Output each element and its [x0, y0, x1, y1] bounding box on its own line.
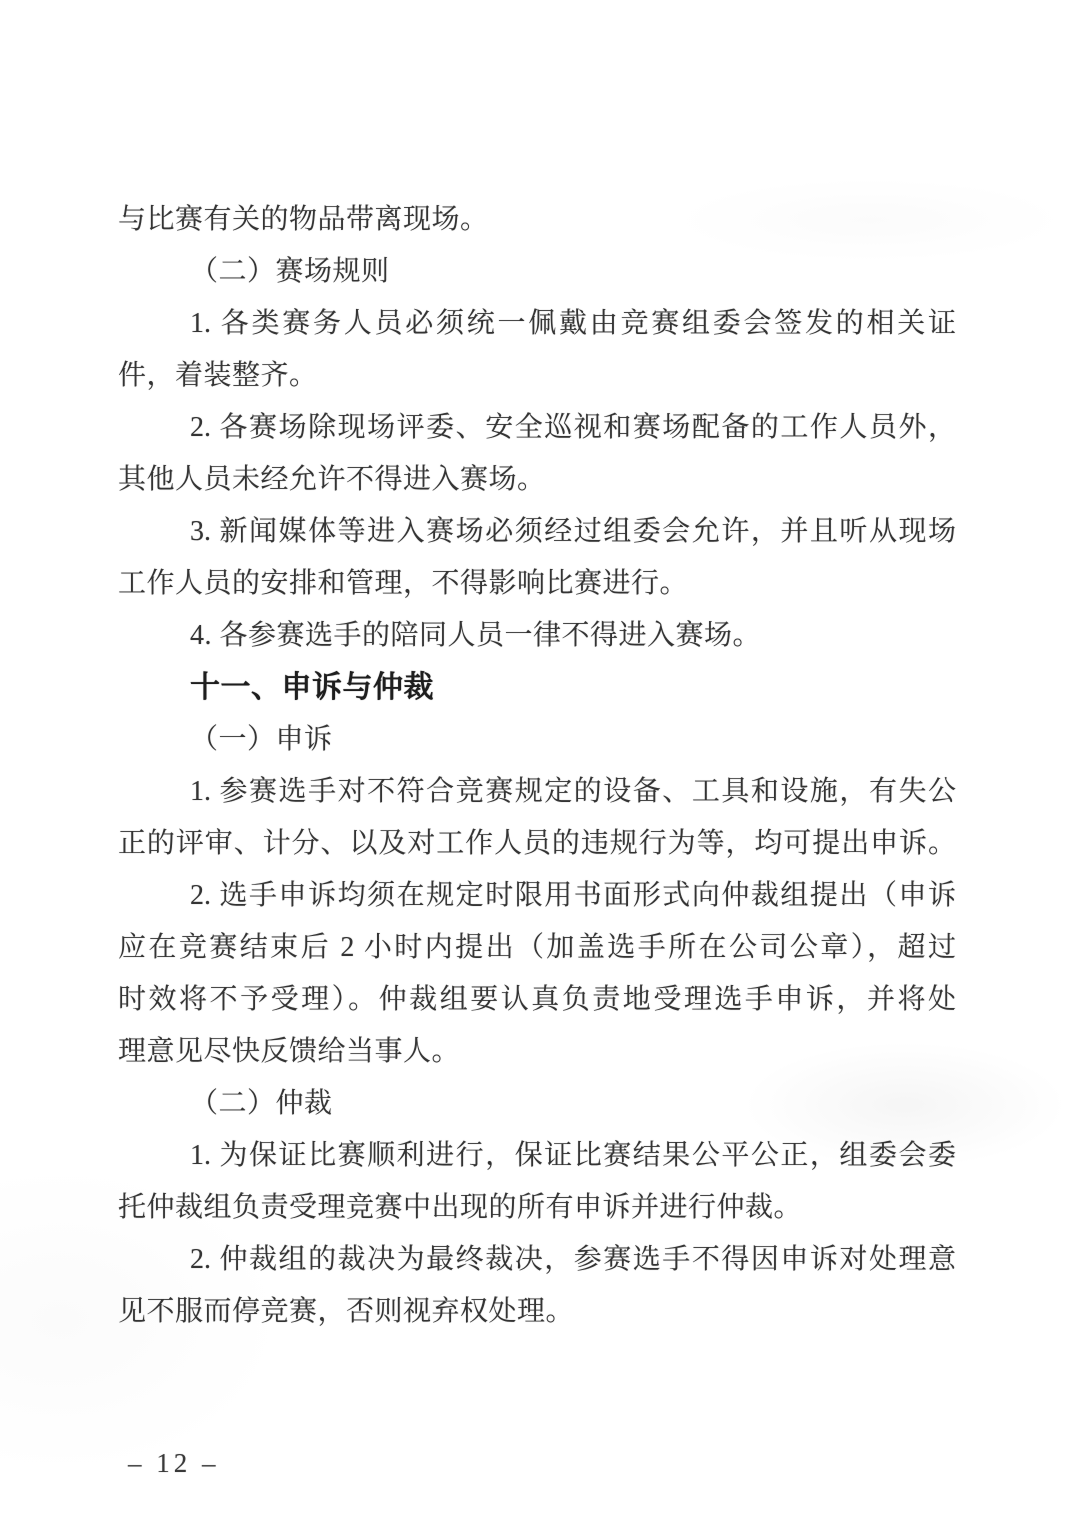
text-line: 见不服而停竞赛，否则视弃权处理。 — [118, 1286, 956, 1338]
text-line: 件，着装整齐。 — [118, 350, 956, 402]
section-heading: 十一、申诉与仲裁 — [118, 662, 956, 714]
text-line: 1. 参赛选手对不符合竞赛规定的设备、工具和设施，有失公 — [118, 766, 956, 818]
text-line: 托仲裁组负责受理竞赛中出现的所有申诉并进行仲裁。 — [118, 1182, 956, 1234]
text-line: 与比赛有关的物品带离现场。 — [118, 194, 956, 246]
text-line: 2. 仲裁组的裁决为最终裁决，参赛选手不得因申诉对处理意 — [118, 1234, 956, 1286]
text-line: 正的评审、计分、以及对工作人员的违规行为等，均可提出申诉。 — [118, 818, 956, 870]
text-line: 理意见尽快反馈给当事人。 — [118, 1026, 956, 1078]
text-line: 1. 各类赛务人员必须统一佩戴由竞赛组委会签发的相关证 — [118, 298, 956, 350]
text-line: 2. 各赛场除现场评委、安全巡视和赛场配备的工作人员外， — [118, 402, 956, 454]
text-line: 工作人员的安排和管理，不得影响比赛进行。 — [118, 558, 956, 610]
text-line: 应在竞赛结束后 2 小时内提出（加盖选手所在公司公章），超过 — [118, 922, 956, 974]
page-number: – 12 – — [128, 1437, 220, 1489]
text-line: 其他人员未经允许不得进入赛场。 — [118, 454, 956, 506]
document-page: 与比赛有关的物品带离现场。（二）赛场规则1. 各类赛务人员必须统一佩戴由竞赛组委… — [0, 0, 1080, 1539]
subsection-heading: （二）赛场规则 — [118, 246, 956, 298]
text-line: 3. 新闻媒体等进入赛场必须经过组委会允许，并且听从现场 — [118, 506, 956, 558]
text-line: 时效将不予受理）。仲裁组要认真负责地受理选手申诉，并将处 — [118, 974, 956, 1026]
document-body: 与比赛有关的物品带离现场。（二）赛场规则1. 各类赛务人员必须统一佩戴由竞赛组委… — [118, 194, 956, 1338]
text-line: 4. 各参赛选手的陪同人员一律不得进入赛场。 — [118, 610, 956, 662]
text-line: 2. 选手申诉均须在规定时限用书面形式向仲裁组提出（申诉 — [118, 870, 956, 922]
subsection-heading: （一）申诉 — [118, 714, 956, 766]
subsection-heading: （二）仲裁 — [118, 1078, 956, 1130]
text-line: 1. 为保证比赛顺利进行，保证比赛结果公平公正，组委会委 — [118, 1130, 956, 1182]
